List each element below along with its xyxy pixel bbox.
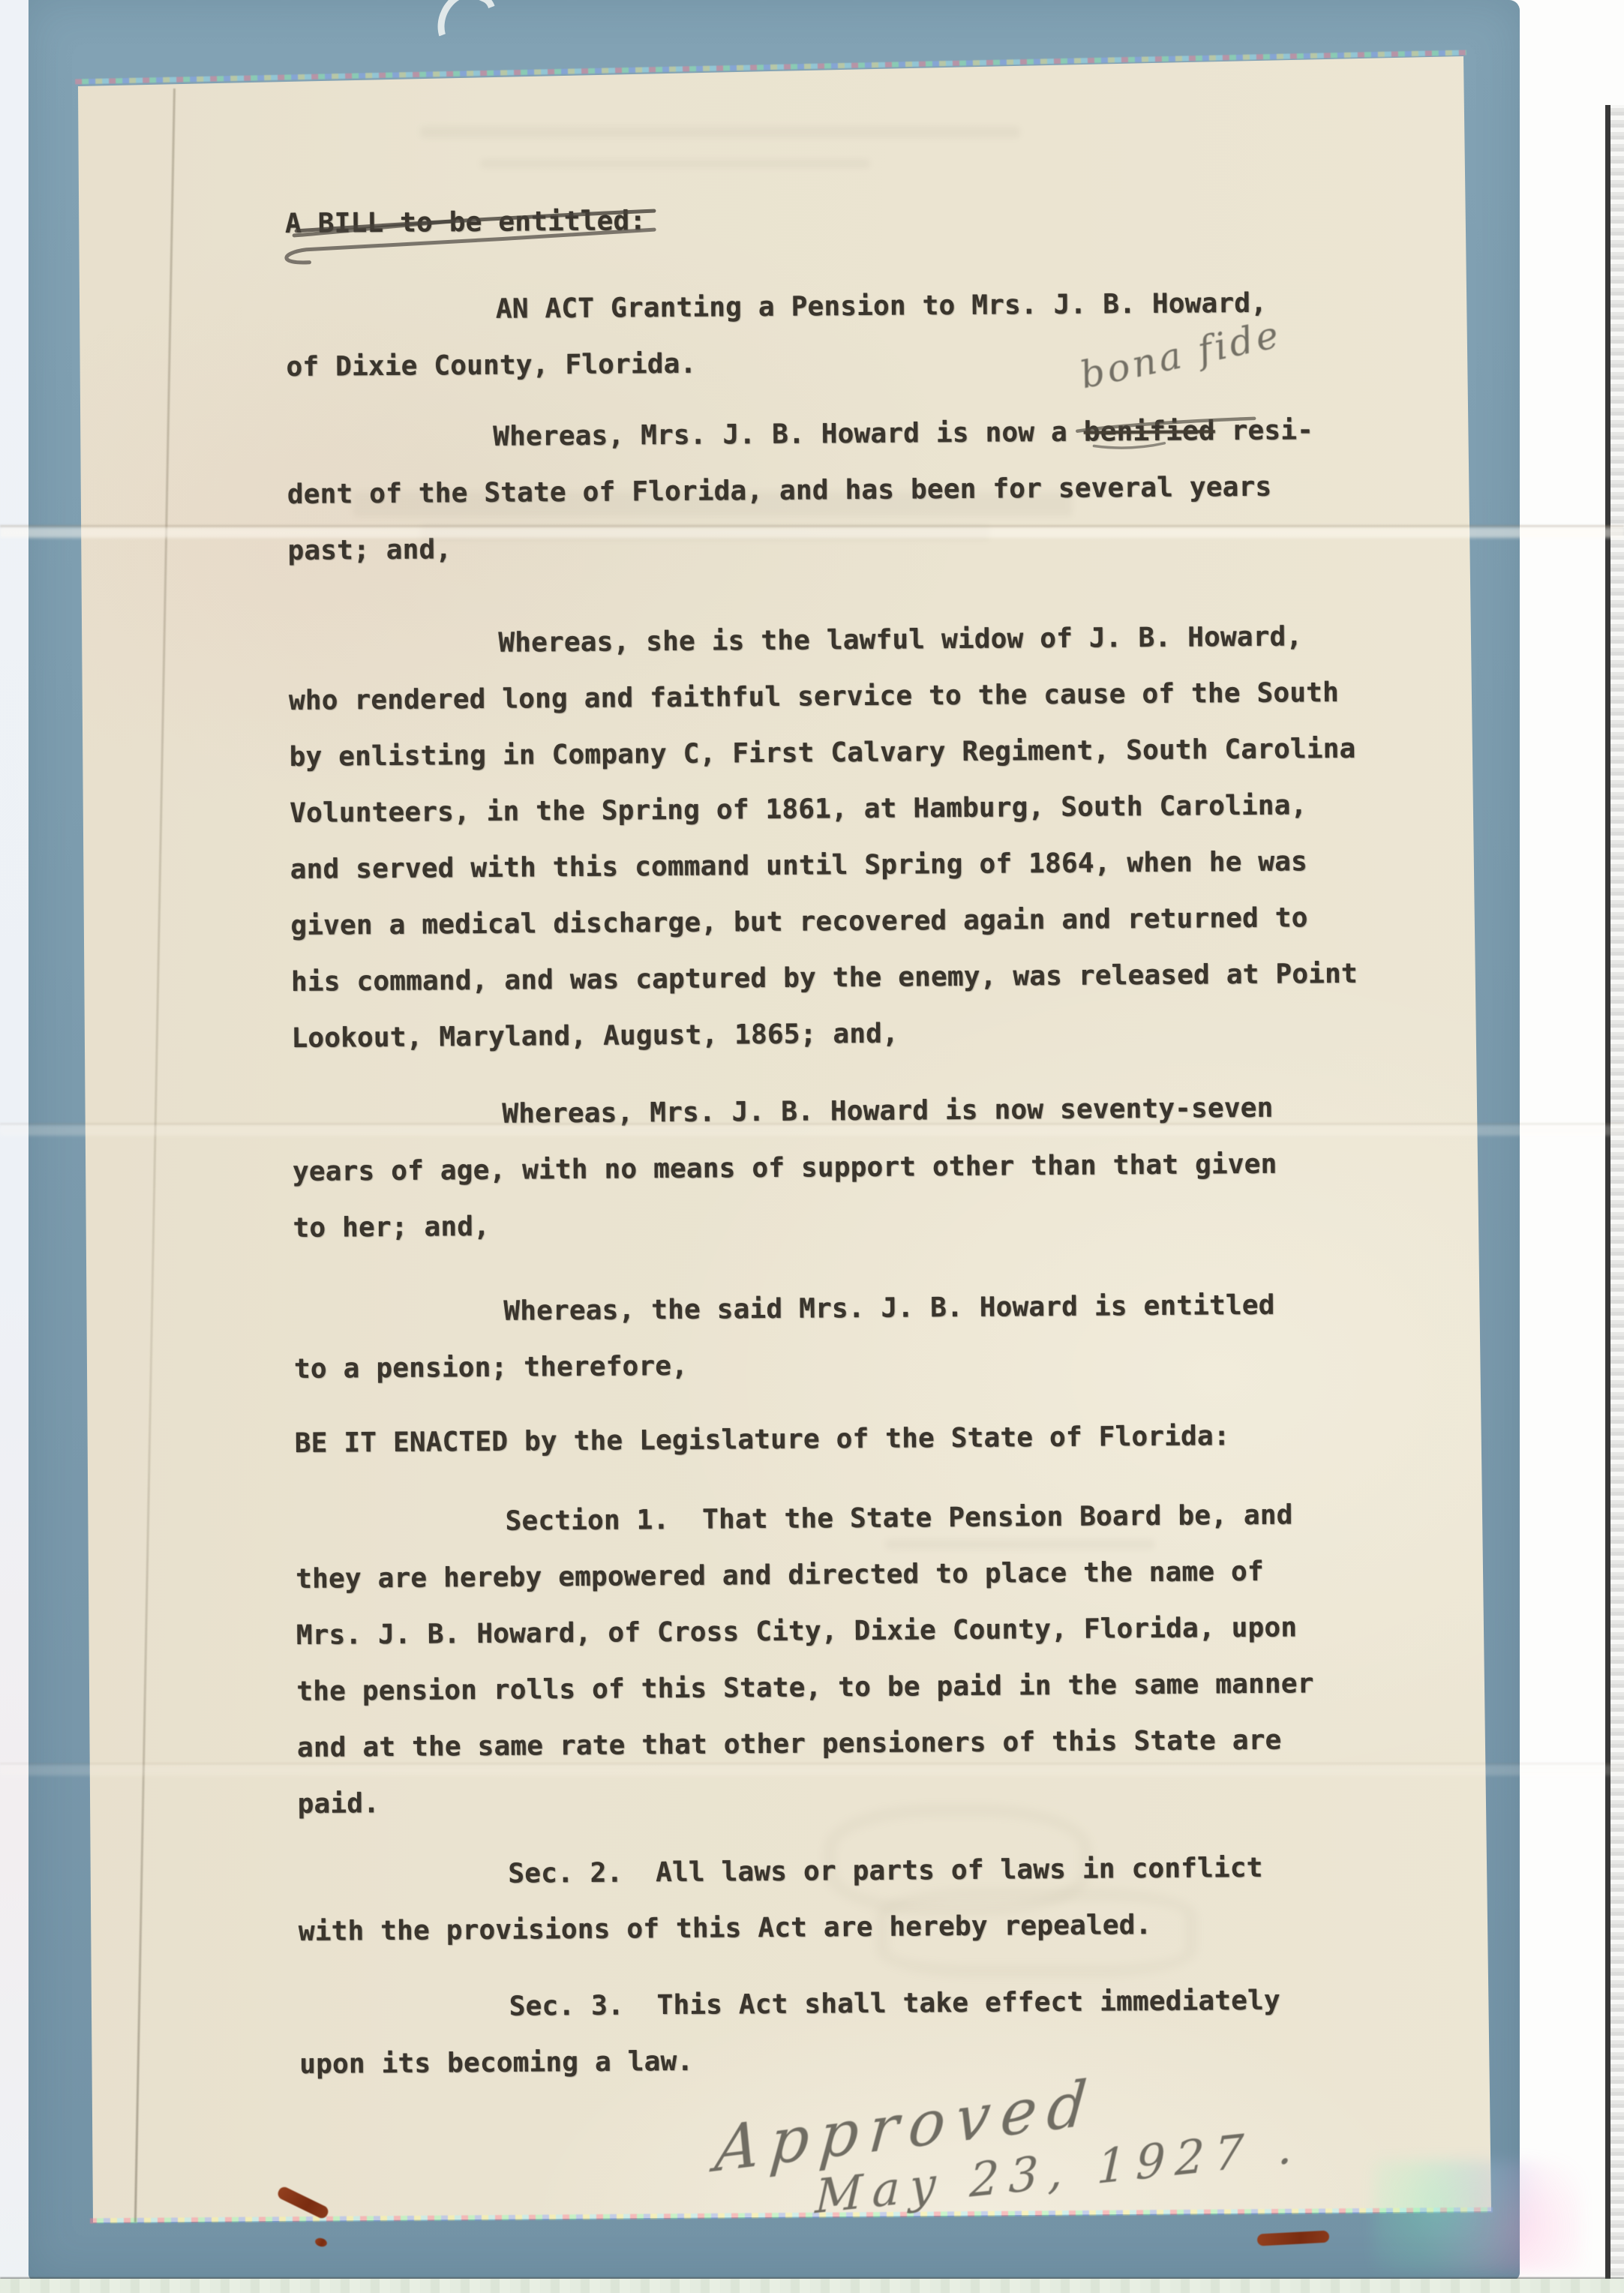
typed-line: Whereas, the said Mrs. J. B. Howard is e… <box>503 1289 1274 1329</box>
typed-line: Lookout, Maryland, August, 1865; and, <box>291 1017 899 1056</box>
typed-line: given a medical discharge, but recovered… <box>290 901 1308 944</box>
typed-line: Mrs. J. B. Howard, of Cross City, Dixie … <box>296 1610 1298 1652</box>
typed-line: upon its becoming a law. <box>299 2045 693 2082</box>
typed-line: past; and, <box>287 533 452 569</box>
typed-line: and at the same rate that other pensione… <box>297 1724 1282 1766</box>
typed-line: BE IT ENACTED by the Legislature of the … <box>295 1419 1230 1461</box>
line-segment: Whereas, Mrs. J. B. Howard is now a <box>493 417 1084 452</box>
fold-crease-horizontal <box>0 525 1624 528</box>
typed-line: and served with this command until Sprin… <box>290 845 1308 887</box>
typed-line: dent of the State of Florida, and has be… <box>287 470 1272 512</box>
typed-line: paid. <box>297 1787 380 1822</box>
typed-line: Whereas, she is the lawful widow of J. B… <box>498 620 1302 660</box>
typed-line: who rendered long and faithful service t… <box>289 676 1339 719</box>
heading-strikethrough-mark <box>263 185 713 275</box>
typed-line: Volunteers, in the Spring of 1861, at Ha… <box>290 788 1307 831</box>
typed-line: Section 1. That the State Pension Board … <box>505 1499 1292 1539</box>
fold-crease-horizontal <box>0 1763 1624 1766</box>
typed-line: with the provisions of this Act are here… <box>299 1908 1152 1949</box>
benified-strike-and-underline-mark <box>1067 401 1270 459</box>
typed-line: his command, and was captured by the ene… <box>291 957 1358 1000</box>
scanned-document-page: A BILL to be entitled: AN ACT Granting a… <box>0 0 1624 2293</box>
scan-bottom-band <box>0 2279 1624 2293</box>
fold-crease-horizontal <box>0 1123 1624 1126</box>
typed-line: to a pension; therefore, <box>294 1349 688 1387</box>
typed-line: they are hereby empowered and directed t… <box>296 1555 1264 1597</box>
typed-line: Sec. 3. This Act shall take effect immed… <box>509 1984 1280 2024</box>
typed-line: by enlisting in Company C, First Calvary… <box>289 732 1355 775</box>
typed-line: of Dixie County, Florida. <box>286 347 696 385</box>
typed-line: the pension rolls of this State, to be p… <box>296 1667 1314 1709</box>
typed-line: AN ACT Granting a Pension to Mrs. J. B. … <box>496 287 1267 327</box>
typed-line: Sec. 2. All laws or parts of laws in con… <box>508 1851 1263 1892</box>
typed-line: to her; and, <box>293 1210 490 1246</box>
typed-text-layer: A BILL to be entitled: AN ACT Granting a… <box>0 0 1624 2293</box>
typed-line: years of age, with no means of support o… <box>293 1148 1277 1190</box>
